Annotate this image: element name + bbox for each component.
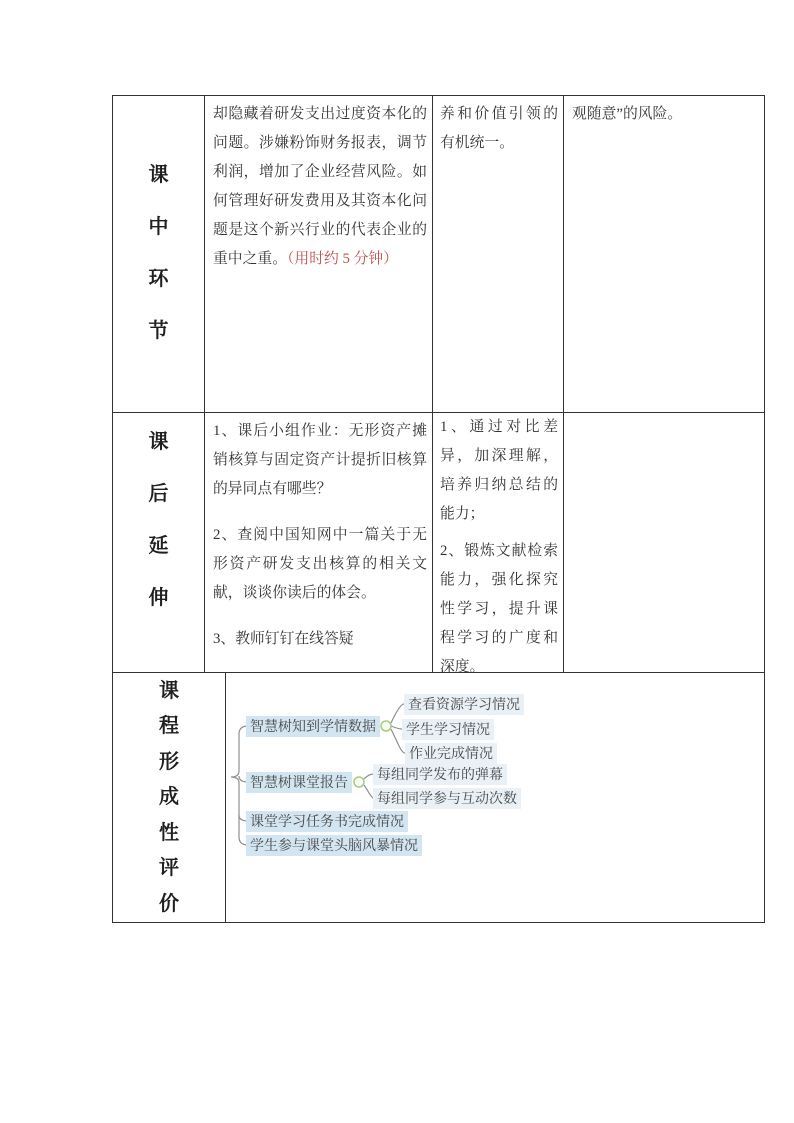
cell-design-intent: 养和价值引领的有机统一。 — [433, 96, 564, 412]
document-page: 课 中 环 节 却隐藏着研发支出过度资本化的问题。涉嫌粉饰财务报表，调节利润，增… — [0, 0, 794, 1123]
header-char: 后 — [149, 468, 169, 520]
branch1-child2-link — [391, 726, 402, 729]
extension-intent-1: 1、通过对比差异，加深理解，培养归纳总结的能力； — [440, 413, 558, 529]
header-char: 中 — [149, 201, 169, 253]
header-char: 程 — [159, 709, 179, 745]
mindmap-branch-2: 智慧树课堂报告 — [246, 772, 352, 793]
row-header-formative-assessment: 课 程 形 成 性 评 价 — [113, 673, 226, 923]
node-toggle-icon — [381, 721, 391, 731]
extension-intent-2: 2、锻炼文献检索能力，强化探究性学习，提升课程学习的广度和深度。 — [440, 537, 558, 672]
homework-task-1: 1、课后小组作业：无形资产摊销核算与固定资产计提折旧核算的异同点有哪些？ — [213, 417, 427, 504]
cell-empty — [564, 413, 764, 672]
mindmap-branch-1-child-3: 作业完成情况 — [405, 743, 497, 764]
header-char: 延 — [149, 520, 169, 572]
header-char: 课 — [159, 674, 179, 710]
mindmap-branch-2-child-1: 每组同学发布的弹幕 — [373, 764, 507, 785]
header-char: 价 — [159, 887, 179, 923]
header-char: 课 — [149, 149, 169, 201]
cell-assessment-mindmap: 智慧树知到学情数据 查看资源学习情况 学生学习情况 作业完成情况 智慧树课堂报告… — [226, 673, 764, 923]
table-row-after-class-extension: 课 后 延 伸 1、课后小组作业：无形资产摊销核算与固定资产计提折旧核算的异同点… — [113, 413, 764, 673]
branch2-child2-link — [364, 785, 373, 798]
node-toggle-icon — [354, 777, 364, 787]
row-header-after-class-extension: 课 后 延 伸 — [113, 413, 205, 672]
header-char: 性 — [159, 816, 179, 852]
remarks-text: 观随意”的风险。 — [572, 100, 758, 129]
header-char: 形 — [159, 745, 179, 781]
table-row-in-class-phase: 课 中 环 节 却隐藏着研发支出过度资本化的问题。涉嫌粉饰财务报表，调节利润，增… — [113, 96, 764, 413]
cell-teaching-content: 却隐藏着研发支出过度资本化的问题。涉嫌粉饰财务报表，调节利润，增加了企业经营风险… — [205, 96, 433, 412]
mindmap-branch-3: 课堂学习任务书完成情况 — [246, 811, 408, 832]
row-header-in-class-phase: 课 中 环 节 — [113, 96, 205, 412]
teaching-content-paragraph: 却隐藏着研发支出过度资本化的问题。涉嫌粉饰财务报表，调节利润，增加了企业经营风险… — [213, 100, 427, 274]
header-char: 评 — [159, 851, 179, 887]
design-intent-text: 养和价值引领的有机统一。 — [440, 100, 558, 158]
homework-task-2: 2、查阅中国知网中一篇关于无形资产研发支出核算的相关文献，谈谈你读后的体会。 — [213, 521, 427, 608]
header-char: 成 — [159, 780, 179, 816]
mindmap-branch-1-child-1: 查看资源学习情况 — [404, 694, 524, 715]
cell-homework-tasks: 1、课后小组作业：无形资产摊销核算与固定资产计提折旧核算的异同点有哪些？ 2、查… — [205, 413, 433, 672]
teaching-content-text: 却隐藏着研发支出过度资本化的问题。涉嫌粉饰财务报表，调节利润，增加了企业经营风险… — [213, 106, 427, 267]
mindmap-branch-4: 学生参与课堂头脑风暴情况 — [246, 835, 422, 856]
mindmap-branch-1-child-2: 学生学习情况 — [402, 719, 494, 740]
mindmap-branch-2-child-2: 每组同学参与互动次数 — [373, 788, 521, 809]
table-row-formative-assessment: 课 程 形 成 性 评 价 — [113, 673, 764, 923]
header-char: 伸 — [149, 572, 169, 624]
branch2-child1-link — [364, 774, 373, 779]
duration-note: （用时约 5 分钟） — [287, 251, 398, 267]
homework-task-3: 3、教师钉钉在线答疑 — [213, 625, 427, 654]
mindmap-branch-1: 智慧树知到学情数据 — [246, 716, 380, 737]
cell-extension-intent: 1、通过对比差异，加深理解，培养归纳总结的能力； 2、锻炼文献检索能力，强化探究… — [433, 413, 564, 672]
cell-remarks: 观随意”的风险。 — [564, 96, 764, 412]
lesson-plan-table: 课 中 环 节 却隐藏着研发支出过度资本化的问题。涉嫌粉饰财务报表，调节利润，增… — [112, 95, 765, 923]
header-char: 环 — [149, 253, 169, 305]
header-char: 节 — [149, 305, 169, 357]
header-char: 课 — [149, 416, 169, 468]
